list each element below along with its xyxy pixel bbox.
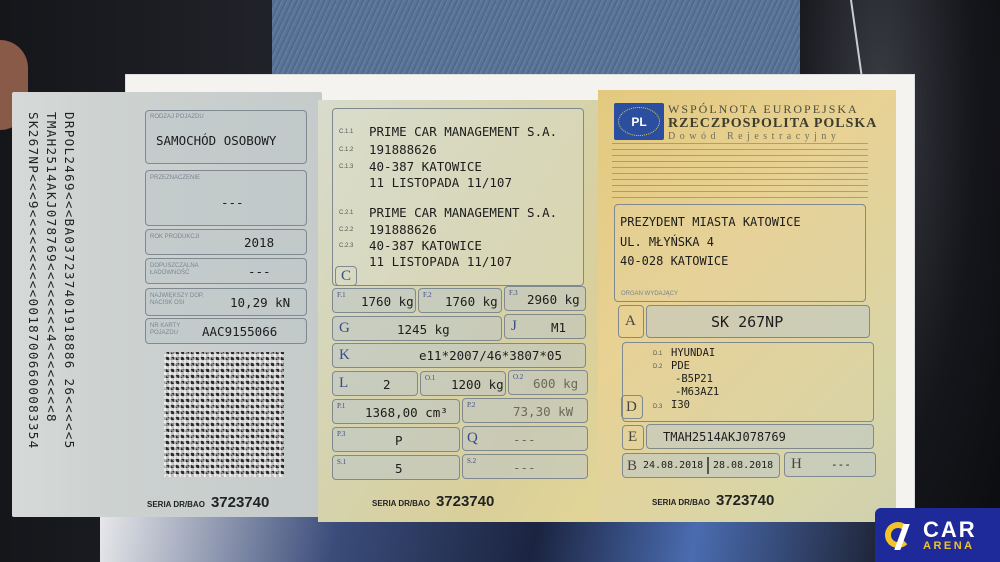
header-doc-title: Dowód Rejestracyjny (668, 131, 840, 142)
jeans-background (272, 0, 802, 75)
S2-value: --- (513, 460, 536, 475)
L-value: 2 (383, 377, 391, 392)
holder-id: 191888626 (369, 222, 437, 237)
car-arena-mark-icon (885, 520, 915, 550)
field-F2: F.2 1760 kg (418, 288, 502, 313)
field-label: ROK PRODUKCJI (150, 234, 200, 241)
mrz-line: SK267NP<<<9<<<<<<<<<<00187006600083354 (26, 112, 40, 507)
series-left: SERIA DR/BAO3723740 (147, 494, 269, 512)
field-label: F.3 (509, 289, 518, 297)
field-label: P.2 (467, 401, 475, 409)
year-value: 2018 (244, 235, 274, 250)
dates-field: B 24.08.2018 28.08.2018 (622, 453, 780, 478)
P3-value: P (395, 433, 403, 448)
K-value: e11*2007/46*3807*05 (419, 348, 562, 363)
field-label: E (628, 429, 637, 446)
G-value: 1245 kg (397, 322, 450, 337)
plate-field: SK 267NP (646, 305, 870, 338)
F3-value: 2960 kg (527, 292, 580, 307)
field-label: H (791, 456, 802, 473)
field-label: DOPUSZCZALNA ŁADOWNOŚĆ (150, 263, 220, 277)
d2-label: D.2 (653, 364, 662, 370)
field-P3: P.3 P (332, 427, 460, 452)
model-value: I30 (671, 399, 690, 411)
owner-field: C.1.1 PRIME CAR MANAGEMENT S.A. C.1.2 19… (332, 108, 584, 286)
H-value: --- (831, 458, 851, 471)
mrz-zone: DRPOL2469<<<BA037237401918886 26<<<<<5 T… (26, 112, 116, 507)
field-label: J (511, 318, 517, 335)
variant-value: -B5P21 (675, 373, 713, 385)
field-S1: S.1 5 (332, 455, 460, 480)
d3-label: D.3 (653, 404, 662, 410)
c11-label: C.1.1 (339, 129, 353, 135)
field-label: D (626, 399, 637, 416)
field-label: S.1 (337, 458, 346, 466)
field-label: A (625, 313, 636, 330)
Q-value: --- (513, 432, 536, 447)
series-number: 3723740 (716, 492, 774, 509)
field-D-box: D (621, 395, 643, 419)
section-c-box: C (335, 266, 357, 286)
year-field: ROK PRODUKCJI 2018 (145, 229, 307, 255)
holder-name: PRIME CAR MANAGEMENT S.A. (369, 205, 557, 220)
series-number: 3723740 (436, 493, 494, 510)
card-number-value: AAC9155066 (202, 324, 277, 339)
owner-name: PRIME CAR MANAGEMENT S.A. (369, 124, 557, 139)
series-number: 3723740 (211, 494, 269, 511)
series-right: SERIA DR/BAO3723740 (652, 492, 774, 510)
issuer-label: ORGAN WYDAJĄCY (621, 291, 678, 298)
field-L: L 2 (332, 371, 418, 396)
owner-city: 40-387 KATOWICE (369, 159, 482, 174)
field-F1: F.1 1760 kg (332, 288, 416, 313)
field-label: O.1 (425, 374, 435, 382)
field-O2: O.2 600 kg (508, 370, 588, 395)
c12-label: C.1.2 (339, 147, 353, 153)
field-label: Q (467, 430, 478, 447)
series-middle: SERIA DR/BAO3723740 (372, 493, 494, 511)
payload-value: --- (248, 264, 271, 279)
date-divider (707, 457, 709, 474)
P1-value: 1368,00 cm³ (365, 405, 448, 420)
purpose-value: --- (221, 195, 244, 210)
car-arena-logo: CAR ARENA (875, 508, 1000, 562)
field-H: H --- (784, 452, 876, 477)
payload-field: DOPUSZCZALNA ŁADOWNOŚĆ --- (145, 258, 307, 284)
d1-label: D.1 (653, 351, 662, 357)
field-K: K e11*2007/46*3807*05 (332, 343, 586, 368)
eu-flag-icon: PL (614, 103, 664, 140)
c13-label: C.1.3 (339, 164, 353, 170)
owner-id: 191888626 (369, 142, 437, 157)
F2-value: 1760 kg (445, 294, 498, 309)
mrz-line: DRPOL2469<<<BA037237401918886 26<<<<<5 (62, 112, 76, 507)
field-label: NR KARTY POJAZDU (150, 323, 190, 337)
axle-load-field: NAJWIĘKSZY DOP. NACISK OSI 10,29 kN (145, 288, 307, 316)
version-value: -M63AZ1 (675, 386, 719, 398)
card-number-field: NR KARTY POJAZDU AAC9155066 (145, 318, 307, 344)
field-label: P.1 (337, 402, 345, 410)
field-label: S.2 (467, 457, 476, 465)
field-J: J M1 (504, 314, 586, 339)
issue-date: 28.08.2018 (713, 460, 773, 471)
series-label: SERIA DR/BAO (652, 498, 710, 507)
field-label: RODZAJ POJAZDU (150, 114, 204, 121)
vin-field: TMAH2514AKJ078769 (646, 424, 874, 449)
field-A-label-box: A (618, 305, 644, 338)
holder-city: 40-387 KATOWICE (369, 238, 482, 253)
country-code: PL (631, 115, 646, 129)
vehicle-type-field: RODZAJ POJAZDU SAMOCHÓD OSOBOWY (145, 110, 307, 164)
type-value: PDE (671, 360, 690, 372)
axle-load-value: 10,29 kN (230, 295, 290, 310)
field-label: O.2 (513, 373, 523, 381)
field-Q: Q --- (462, 426, 588, 451)
field-O1: O.1 1200 kg (420, 371, 506, 396)
logo-car: CAR (923, 519, 977, 541)
section-letter: C (341, 268, 351, 285)
first-registration-date: 24.08.2018 (643, 460, 703, 471)
S1-value: 5 (395, 461, 403, 476)
F1-value: 1760 kg (361, 294, 414, 309)
field-F3: F.3 2960 kg (504, 286, 586, 311)
series-label: SERIA DR/BAO (372, 499, 430, 508)
make-model-field: D.1 HYUNDAI D.2 PDE -B5P21 -M63AZ1 D.3 I… (622, 342, 874, 422)
logo-text: CAR ARENA (923, 519, 977, 552)
logo-arena: ARENA (923, 541, 977, 552)
field-label: G (339, 320, 350, 337)
header-eu: WSPÓLNOTA EUROPEJSKA (668, 102, 859, 117)
c23-label: C.2.3 (339, 243, 353, 249)
P2-value: 73,30 kW (513, 404, 573, 419)
plate-number: SK 267NP (711, 313, 783, 331)
field-label: P.3 (337, 430, 345, 438)
vin-value: TMAH2514AKJ078769 (663, 430, 786, 444)
issuer-name: PREZYDENT MIASTA KATOWICE (620, 215, 801, 229)
qr-code (164, 352, 284, 477)
issuer-field: PREZYDENT MIASTA KATOWICE UL. MŁYŃSKA 4 … (614, 204, 866, 302)
field-E-box: E (622, 425, 644, 450)
field-label: PRZEZNACZENIE (150, 175, 200, 182)
field-label: F.1 (337, 291, 346, 299)
O1-value: 1200 kg (451, 377, 504, 392)
holder-street: 11 LISTOPADA 11/107 (369, 254, 512, 269)
J-value: M1 (551, 320, 566, 335)
field-label: B (627, 458, 637, 475)
issuer-city: 40-028 KATOWICE (620, 254, 728, 268)
field-G: G 1245 kg (332, 316, 502, 341)
owner-street: 11 LISTOPADA 11/107 (369, 175, 512, 190)
field-label: NAJWIĘKSZY DOP. NACISK OSI (150, 293, 220, 307)
mrz-line: TMAH2514AKJ078769<<<<<<<<4<<<<<<<<8 (44, 112, 58, 507)
microprint (612, 143, 868, 198)
O2-value: 600 kg (533, 376, 578, 391)
c21-label: C.2.1 (339, 210, 353, 216)
header-country: RZECZPOSPOLITA POLSKA (668, 116, 877, 132)
purpose-field: PRZEZNACZENIE --- (145, 170, 307, 226)
issuer-street: UL. MŁYŃSKA 4 (620, 235, 714, 249)
series-label: SERIA DR/BAO (147, 500, 205, 509)
field-P1: P.1 1368,00 cm³ (332, 399, 460, 424)
field-label: F.2 (423, 291, 432, 299)
vehicle-type-value: SAMOCHÓD OSOBOWY (156, 133, 276, 148)
field-P2: P.2 73,30 kW (462, 398, 588, 423)
c22-label: C.2.2 (339, 227, 353, 233)
field-S2: S.2 --- (462, 454, 588, 479)
field-label: K (339, 347, 350, 364)
make-value: HYUNDAI (671, 347, 715, 359)
field-label: L (339, 375, 348, 392)
